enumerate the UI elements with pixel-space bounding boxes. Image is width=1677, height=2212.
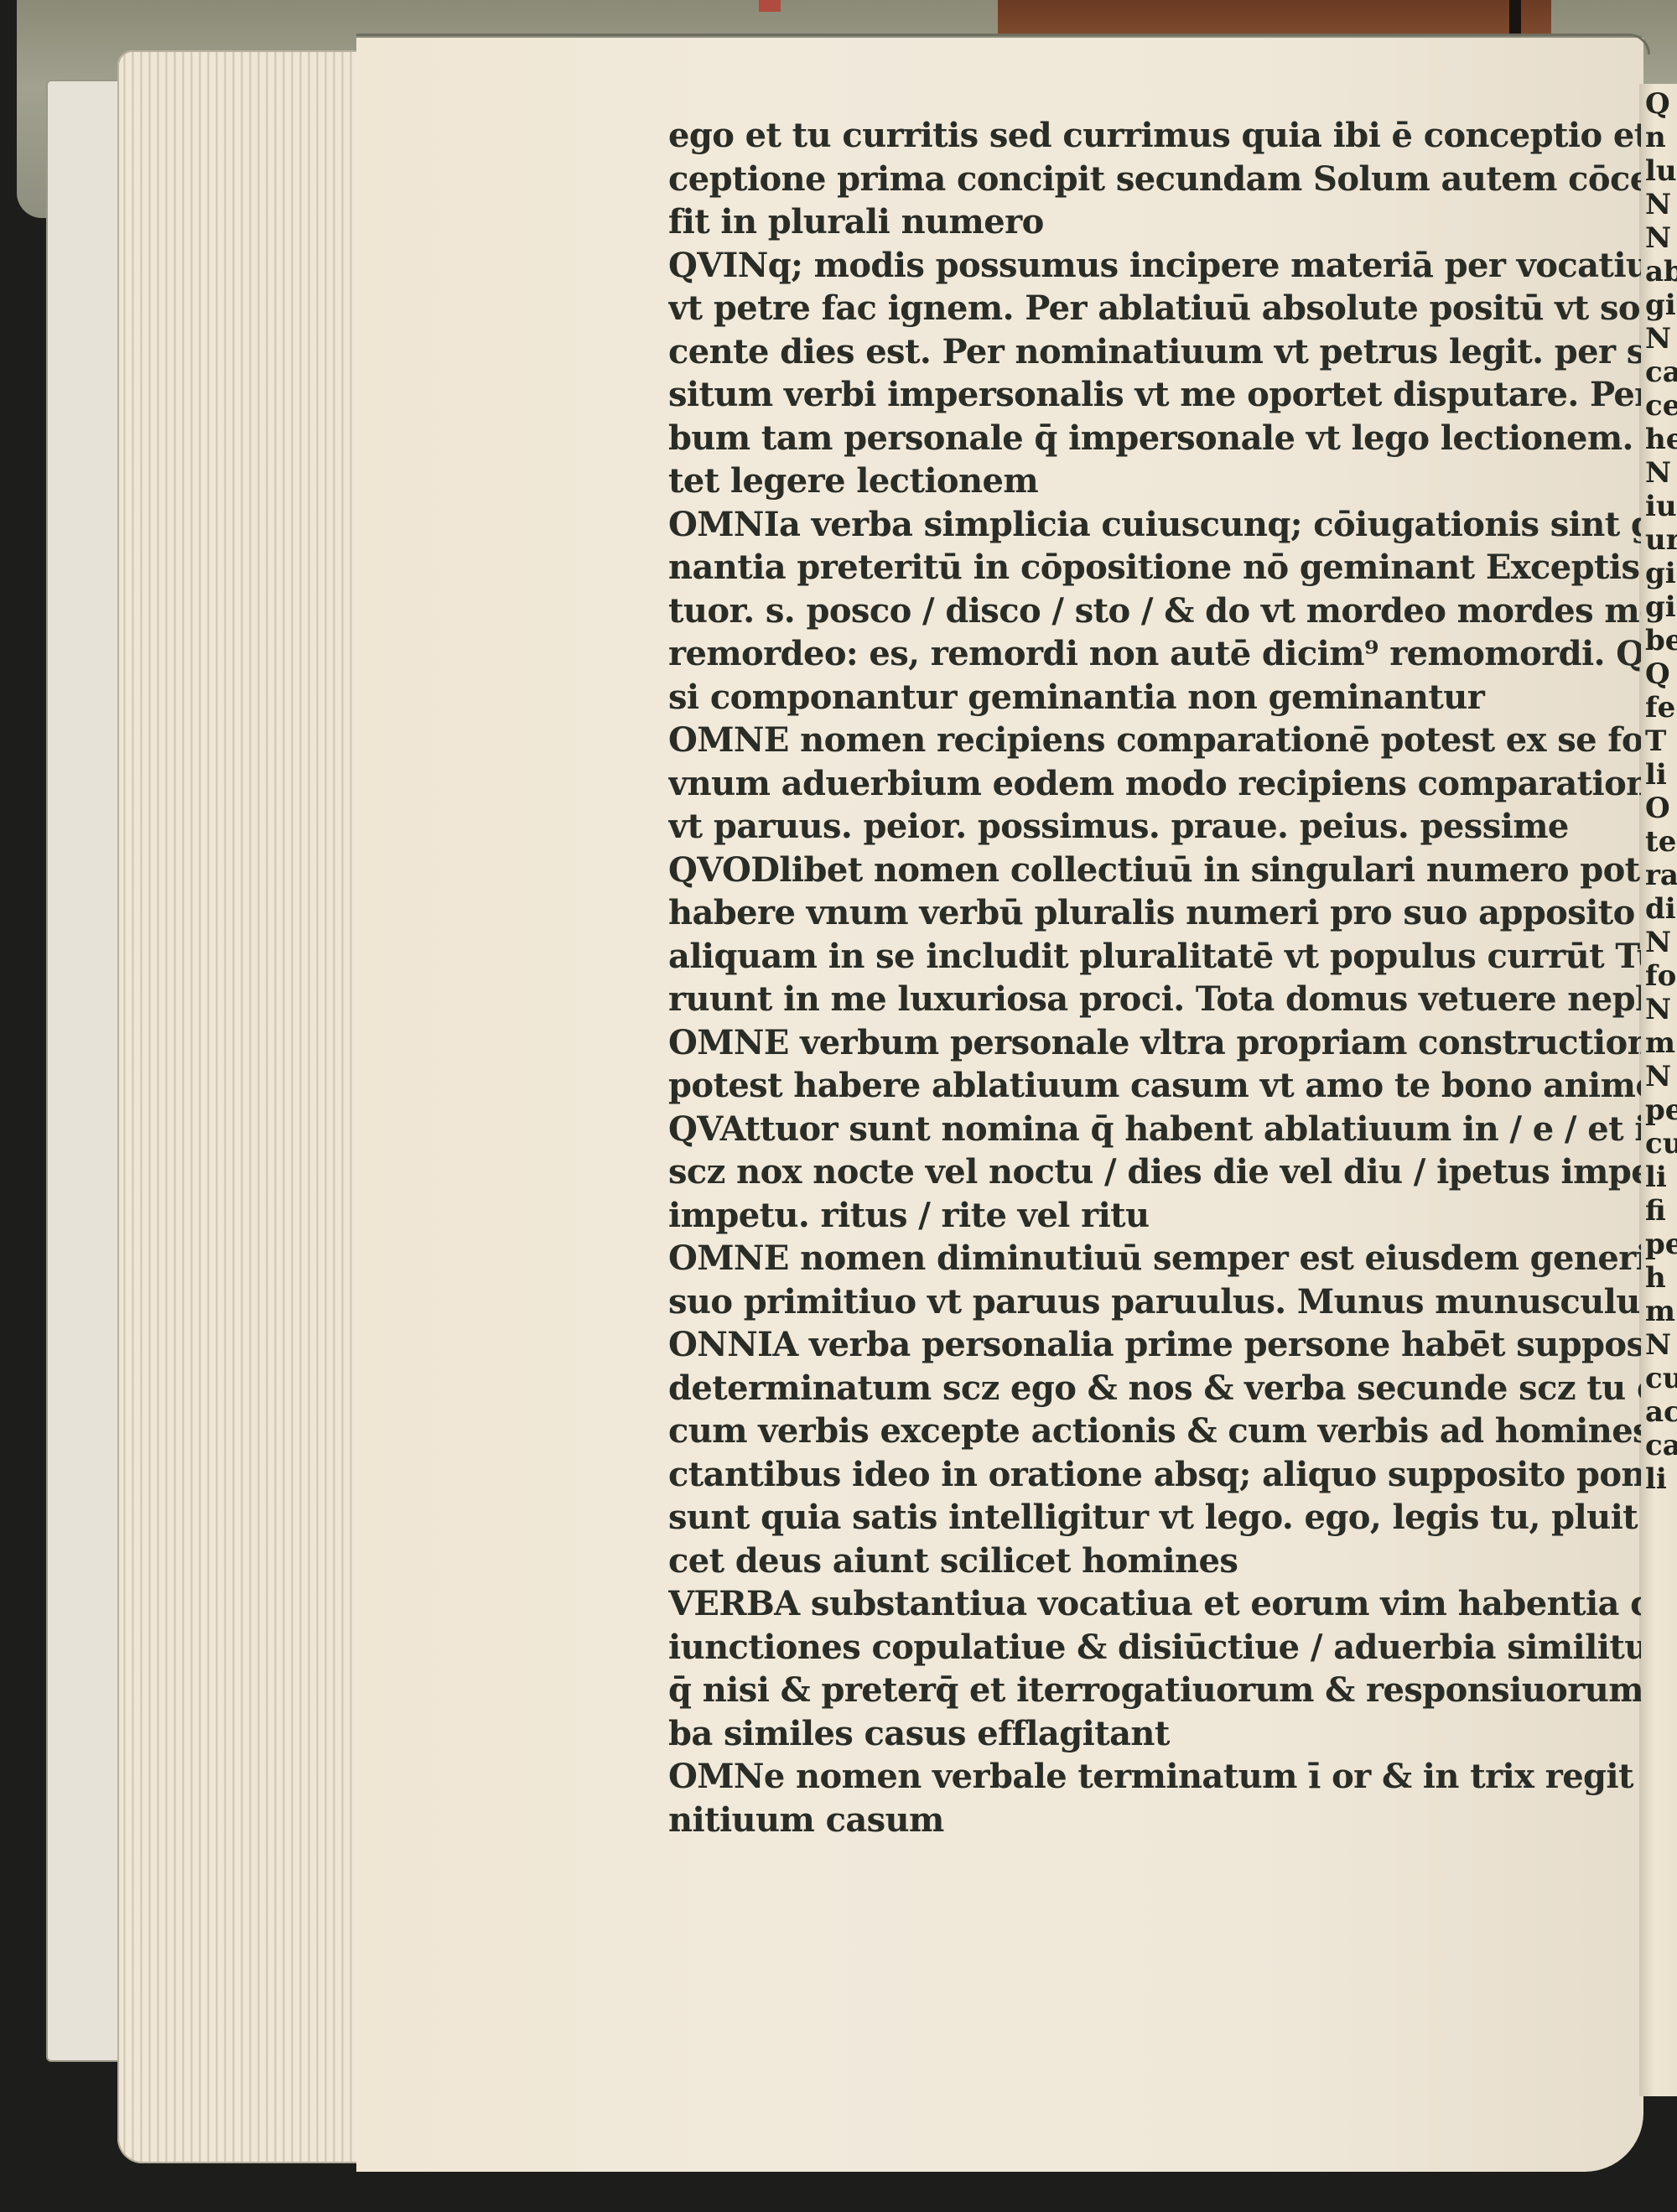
facing-text-line: fo (1645, 959, 1677, 993)
text-line: q̄ nisi & preterq̄ et iterrogatiuorum & … (668, 1669, 1641, 1712)
text-line: vnum aduerbium eodem modo recipiens comp… (668, 762, 1641, 806)
facing-text-line: pe (1645, 1093, 1677, 1127)
facing-text-line: be (1645, 624, 1677, 657)
text-line: tuor. s. posco / disco / sto / & do vt m… (668, 589, 1641, 633)
text-line: si componantur geminantia non geminantur (668, 676, 1641, 719)
text-line: sunt quia satis intelligitur vt lego. eg… (668, 1496, 1641, 1540)
text-line: remordeo: es, remordi non autē dicim⁹ re… (668, 632, 1641, 676)
text-line: potest habere ablatiuum casum vt amo te … (668, 1064, 1641, 1108)
text-line: cum verbis excepte actionis & cum verbis… (668, 1410, 1641, 1453)
facing-text-line: m (1645, 1026, 1677, 1060)
facing-text-line: Q (1645, 657, 1677, 691)
page-top-curl (356, 34, 1650, 55)
text-line: iunctiones copulatiue & disiūctiue / adu… (668, 1626, 1641, 1669)
text-line: OMNE verbum personale vltra propriam con… (668, 1021, 1641, 1065)
facing-text-line: he (1645, 423, 1677, 456)
facing-text-line: N (1645, 221, 1677, 255)
text-line: suo primitiuo vt paruus paruulus. Munus … (668, 1280, 1641, 1324)
text-line: cet deus aiunt scilicet homines (668, 1540, 1641, 1583)
facing-text-line: ac (1645, 1395, 1677, 1429)
facing-text-line: T (1645, 724, 1677, 758)
facing-text-line: cu (1645, 1127, 1677, 1161)
text-line: OMNE nomen recipiens comparationē potest… (668, 719, 1641, 762)
text-line: QVAttuor sunt nomina q̄ habent ablatiuum… (668, 1108, 1641, 1151)
text-line: ruunt in me luxuriosa proci. Tota domus … (668, 978, 1641, 1021)
text-line: ego et tu curritis sed currimus quia ibi… (668, 114, 1641, 158)
facing-text-line: N (1645, 322, 1677, 356)
facing-text-line: iu (1645, 490, 1677, 523)
facing-text-line: fi (1645, 1194, 1677, 1228)
facing-text-line: te (1645, 825, 1677, 859)
text-line: nitiuum casum (668, 1799, 1641, 1842)
text-line: ceptione prima concipit secundam Solum a… (668, 158, 1641, 201)
facing-text-line: cu (1645, 1362, 1677, 1395)
left-page-text: ego et tu curritis sed currimus quia ibi… (668, 114, 1641, 1841)
facing-text-line: di (1645, 892, 1677, 926)
facing-text-line: N (1645, 1328, 1677, 1362)
facing-text-line: ca (1645, 356, 1677, 389)
text-line: ctantibus ideo in oratione absq; aliquo … (668, 1453, 1641, 1497)
facing-text-line: fe (1645, 691, 1677, 724)
text-line: vt petre fac ignem. Per ablatiuū absolut… (668, 287, 1641, 330)
facing-text-line: N (1645, 926, 1677, 959)
text-line: scz nox nocte vel noctu / dies die vel d… (668, 1150, 1641, 1194)
text-line: habere vnum verbū pluralis numeri pro su… (668, 891, 1641, 935)
text-line: OMNe nomen verbale terminatum ī or & in … (668, 1755, 1641, 1799)
facing-text-line: li (1645, 758, 1677, 792)
facing-text-line: gi (1645, 557, 1677, 590)
facing-text-line: li (1645, 1462, 1677, 1496)
text-line: cente dies est. Per nominatiuum vt petru… (668, 330, 1641, 374)
facing-text-line: O (1645, 792, 1677, 825)
facing-text-line: ce (1645, 389, 1677, 423)
text-line: vt paruus. peior. possimus. praue. peius… (668, 805, 1641, 849)
text-line: impetu. ritus / rite vel ritu (668, 1194, 1641, 1238)
facing-text-line: ra (1645, 859, 1677, 892)
facing-text-line: ca (1645, 1429, 1677, 1462)
facing-text-line: n (1645, 121, 1677, 154)
text-line: QVINq; modis possumus incipere materiā p… (668, 244, 1641, 288)
facing-text-line: li (1645, 1161, 1677, 1194)
facing-text-line: gi (1645, 288, 1677, 322)
red-fleck (759, 0, 781, 12)
text-line: situm verbi impersonalis vt me oportet d… (668, 373, 1641, 417)
facing-text-line: h (1645, 1261, 1677, 1295)
text-line: VERBA substantiua vocatiua et eorum vim … (668, 1582, 1641, 1626)
text-line: bum tam personale q̄ impersonale vt lego… (668, 417, 1641, 460)
facing-text-line: m (1645, 1295, 1677, 1328)
facing-page-text: Q n lu N N ab gi N ca ce he N iu ur gi g… (1645, 87, 1677, 1496)
facing-text-line: ab (1645, 255, 1677, 288)
text-line: aliquam in se includit pluralitatē vt po… (668, 935, 1641, 979)
facing-text-line: Q (1645, 87, 1677, 121)
facing-text-line: pe (1645, 1228, 1677, 1261)
text-line: ONNIA verba personalia prime persone hab… (668, 1323, 1641, 1367)
text-line: fit in plurali numero (668, 200, 1641, 244)
text-line: ba similes casus efflagitant (668, 1712, 1641, 1756)
facing-text-line: lu (1645, 154, 1677, 188)
text-line: QVODlibet nomen collectiuū in singulari … (668, 849, 1641, 892)
facing-text-line: ur (1645, 523, 1677, 557)
text-line: determinatum scz ego & nos & verba secun… (668, 1367, 1641, 1410)
text-line: tet legere lectionem (668, 460, 1641, 503)
facing-text-line: gi (1645, 590, 1677, 624)
text-line: OMNE nomen diminutiuū semper est eiusdem… (668, 1237, 1641, 1280)
facing-text-line: N (1645, 188, 1677, 221)
page-stack-edges (117, 50, 361, 2163)
facing-text-line: N (1645, 993, 1677, 1026)
text-line: OMNIa verba simplicia cuiuscunq; cōiugat… (668, 503, 1641, 547)
facing-text-line: N (1645, 456, 1677, 490)
text-line: nantia preteritū in cōpositione nō gemin… (668, 546, 1641, 589)
facing-text-line: N (1645, 1060, 1677, 1093)
